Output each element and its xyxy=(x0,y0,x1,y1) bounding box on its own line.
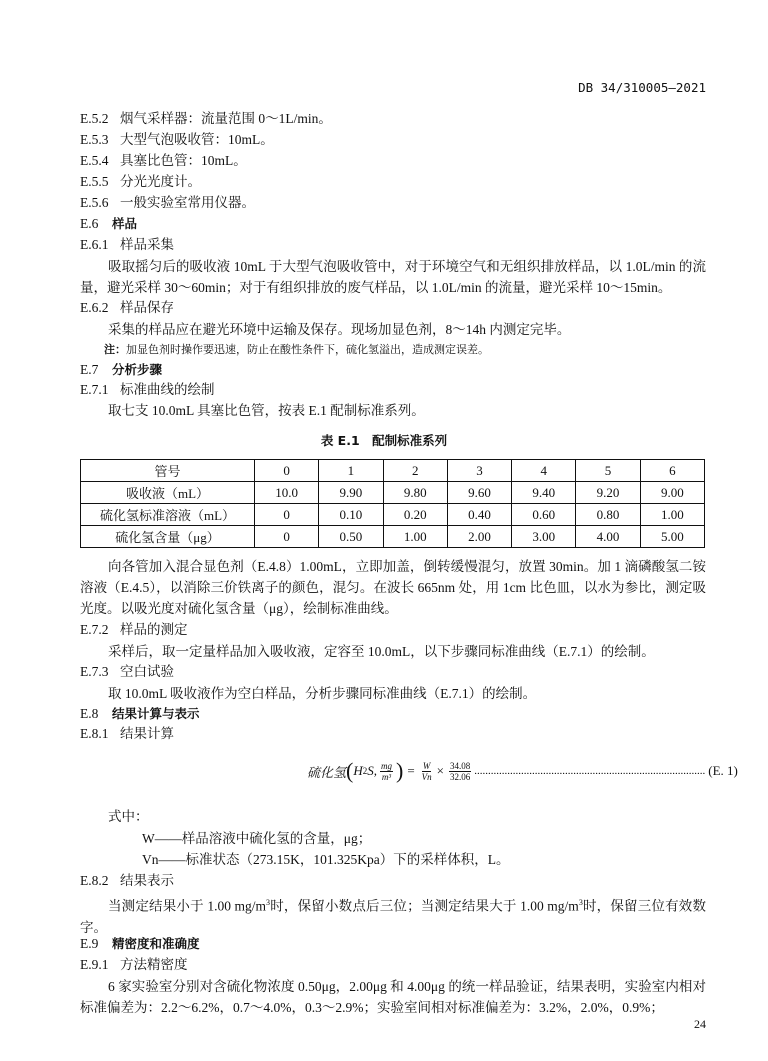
document-code-header: DB 34/310005—2021 xyxy=(578,80,706,95)
table-row: 吸收液（mL） 10.0 9.90 9.80 9.60 9.40 9.20 9.… xyxy=(81,482,705,504)
paragraph-blank-test: 取 10.0mL 吸收液作为空白样品，分析步骤同标准曲线（E.7.1）的绘制。 xyxy=(80,683,706,704)
molar-ratio-fraction: 34.0832.06 xyxy=(449,761,471,782)
note-label: 注： xyxy=(104,343,126,356)
clause-e61: E.6.1样品采集 xyxy=(80,235,174,255)
table-cell: 0.60 xyxy=(512,504,576,526)
clause-e62: E.6.2样品保存 xyxy=(80,298,174,318)
clause-e55: E.5.5分光光度计。 xyxy=(80,172,201,192)
page-number: 24 xyxy=(694,1017,706,1032)
paragraph-storage: 采集的样品应在避光环境中运输及保存。现场加显色剂，8～14h 内测定完毕。 xyxy=(80,319,706,340)
row-header: 管号 xyxy=(81,460,255,482)
row-header: 硫化氢含量（μg） xyxy=(81,526,255,548)
paragraph-sample-measurement: 采样后，取一定量样品加入吸收液，定容至 10.0mL，以下步骤同标准曲线（E.7… xyxy=(80,641,706,662)
table-cell: 9.90 xyxy=(319,482,383,504)
paragraph-precision: 6 家实验室分别对含硫化物浓度 0.50μg，2.00μg 和 4.00μg 的… xyxy=(80,976,706,1018)
table-cell: 5.00 xyxy=(640,526,704,548)
paragraph-sampling: 吸取摇匀后的吸收液 10mL 于大型气泡吸收管中，对于环境空气和无组织排放样品，… xyxy=(80,256,706,298)
paragraph-color-development: 向各管加入混合显色剂（E.4.8）1.00mL，立即加盖，倒转缓慢混匀，放置 3… xyxy=(80,556,706,619)
formula-lhs: 硫化氢 xyxy=(307,762,346,781)
clause-e82: E.8.2结果表示 xyxy=(80,871,174,891)
note: 注：加显色剂时操作要迅速，防止在酸性条件下，硫化氢溢出，造成测定误差。 xyxy=(104,341,489,357)
table-cell: 1 xyxy=(319,460,383,482)
table-cell: 5 xyxy=(576,460,640,482)
table-cell: 0.50 xyxy=(319,526,383,548)
clause-e56: E.5.6一般实验室常用仪器。 xyxy=(80,193,255,213)
clause-e52: E.5.2烟气采样器：流量范围 0～1L/min。 xyxy=(80,109,332,129)
paragraph-result-expression: 当测定结果小于 1.00 mg/m3时，保留小数点后三位；当测定结果大于 1.0… xyxy=(80,892,706,938)
table-cell: 9.80 xyxy=(383,482,447,504)
section-heading-e9: E.9精密度和准确度 xyxy=(80,934,200,954)
clause-e71: E.7.1标准曲线的绘制 xyxy=(80,380,215,400)
w-over-vn-fraction: WVn xyxy=(422,761,432,782)
clause-e81: E.8.1结果计算 xyxy=(80,724,174,744)
unit-fraction: mgm³ xyxy=(380,761,393,782)
equation-label: (E. 1) xyxy=(708,763,738,779)
section-heading-e7: E.7分析步骤 xyxy=(80,360,162,380)
row-header: 吸收液（mL） xyxy=(81,482,255,504)
table-cell: 0.80 xyxy=(576,504,640,526)
table-cell: 2.00 xyxy=(447,526,511,548)
table-cell: 0 xyxy=(255,504,319,526)
table-cell: 1.00 xyxy=(640,504,704,526)
table-cell: 0.10 xyxy=(319,504,383,526)
table-row: 硫化氢标准溶液（mL） 0 0.10 0.20 0.40 0.60 0.80 1… xyxy=(81,504,705,526)
section-heading-e6: E.6样品 xyxy=(80,214,137,234)
table-cell: 0.20 xyxy=(383,504,447,526)
paragraph-standard-prep: 取七支 10.0mL 具塞比色管，按表 E.1 配制标准系列。 xyxy=(80,400,706,421)
definition-w: W——样品溶液中硫化氢的含量，μg； xyxy=(142,829,371,849)
table-cell: 10.0 xyxy=(255,482,319,504)
clause-e91: E.9.1方法精密度 xyxy=(80,955,188,975)
table-cell: 9.00 xyxy=(640,482,704,504)
clause-e72: E.7.2样品的测定 xyxy=(80,620,188,640)
section-heading-e8: E.8结果计算与表示 xyxy=(80,704,200,724)
table-cell: 3.00 xyxy=(512,526,576,548)
table-cell: 9.60 xyxy=(447,482,511,504)
table-cell: 6 xyxy=(640,460,704,482)
table-cell: 0.40 xyxy=(447,504,511,526)
standard-series-table: 管号 0 1 2 3 4 5 6 吸收液（mL） 10.0 9.90 9.80 … xyxy=(80,459,705,548)
table-cell: 0 xyxy=(255,526,319,548)
table-row: 硫化氢含量（μg） 0 0.50 1.00 2.00 3.00 4.00 5.0… xyxy=(81,526,705,548)
table-cell: 9.40 xyxy=(512,482,576,504)
table-row: 管号 0 1 2 3 4 5 6 xyxy=(81,460,705,482)
table-cell: 3 xyxy=(447,460,511,482)
clause-e54: E.5.4具塞比色管：10mL。 xyxy=(80,151,247,171)
clause-e73: E.7.3空白试验 xyxy=(80,662,174,682)
definition-vn: Vn——标准状态（273.15K，101.325Kpa）下的采样体积，L。 xyxy=(142,850,510,870)
clause-e53: E.5.3大型气泡吸收管：10mL。 xyxy=(80,130,274,150)
table-cell: 4.00 xyxy=(576,526,640,548)
formula-e1: 硫化氢 ( H2S, mgm³ ) = WVn × 34.0832.06 ...… xyxy=(307,760,738,782)
table-cell: 1.00 xyxy=(383,526,447,548)
where-label: 式中： xyxy=(108,807,149,827)
row-header: 硫化氢标准溶液（mL） xyxy=(81,504,255,526)
table-cell: 9.20 xyxy=(576,482,640,504)
leader-dots: ........................................… xyxy=(474,765,706,777)
table-cell: 0 xyxy=(255,460,319,482)
table-cell: 4 xyxy=(512,460,576,482)
table-caption: 表 E.1 配制标准系列 xyxy=(0,431,768,449)
table-cell: 2 xyxy=(383,460,447,482)
